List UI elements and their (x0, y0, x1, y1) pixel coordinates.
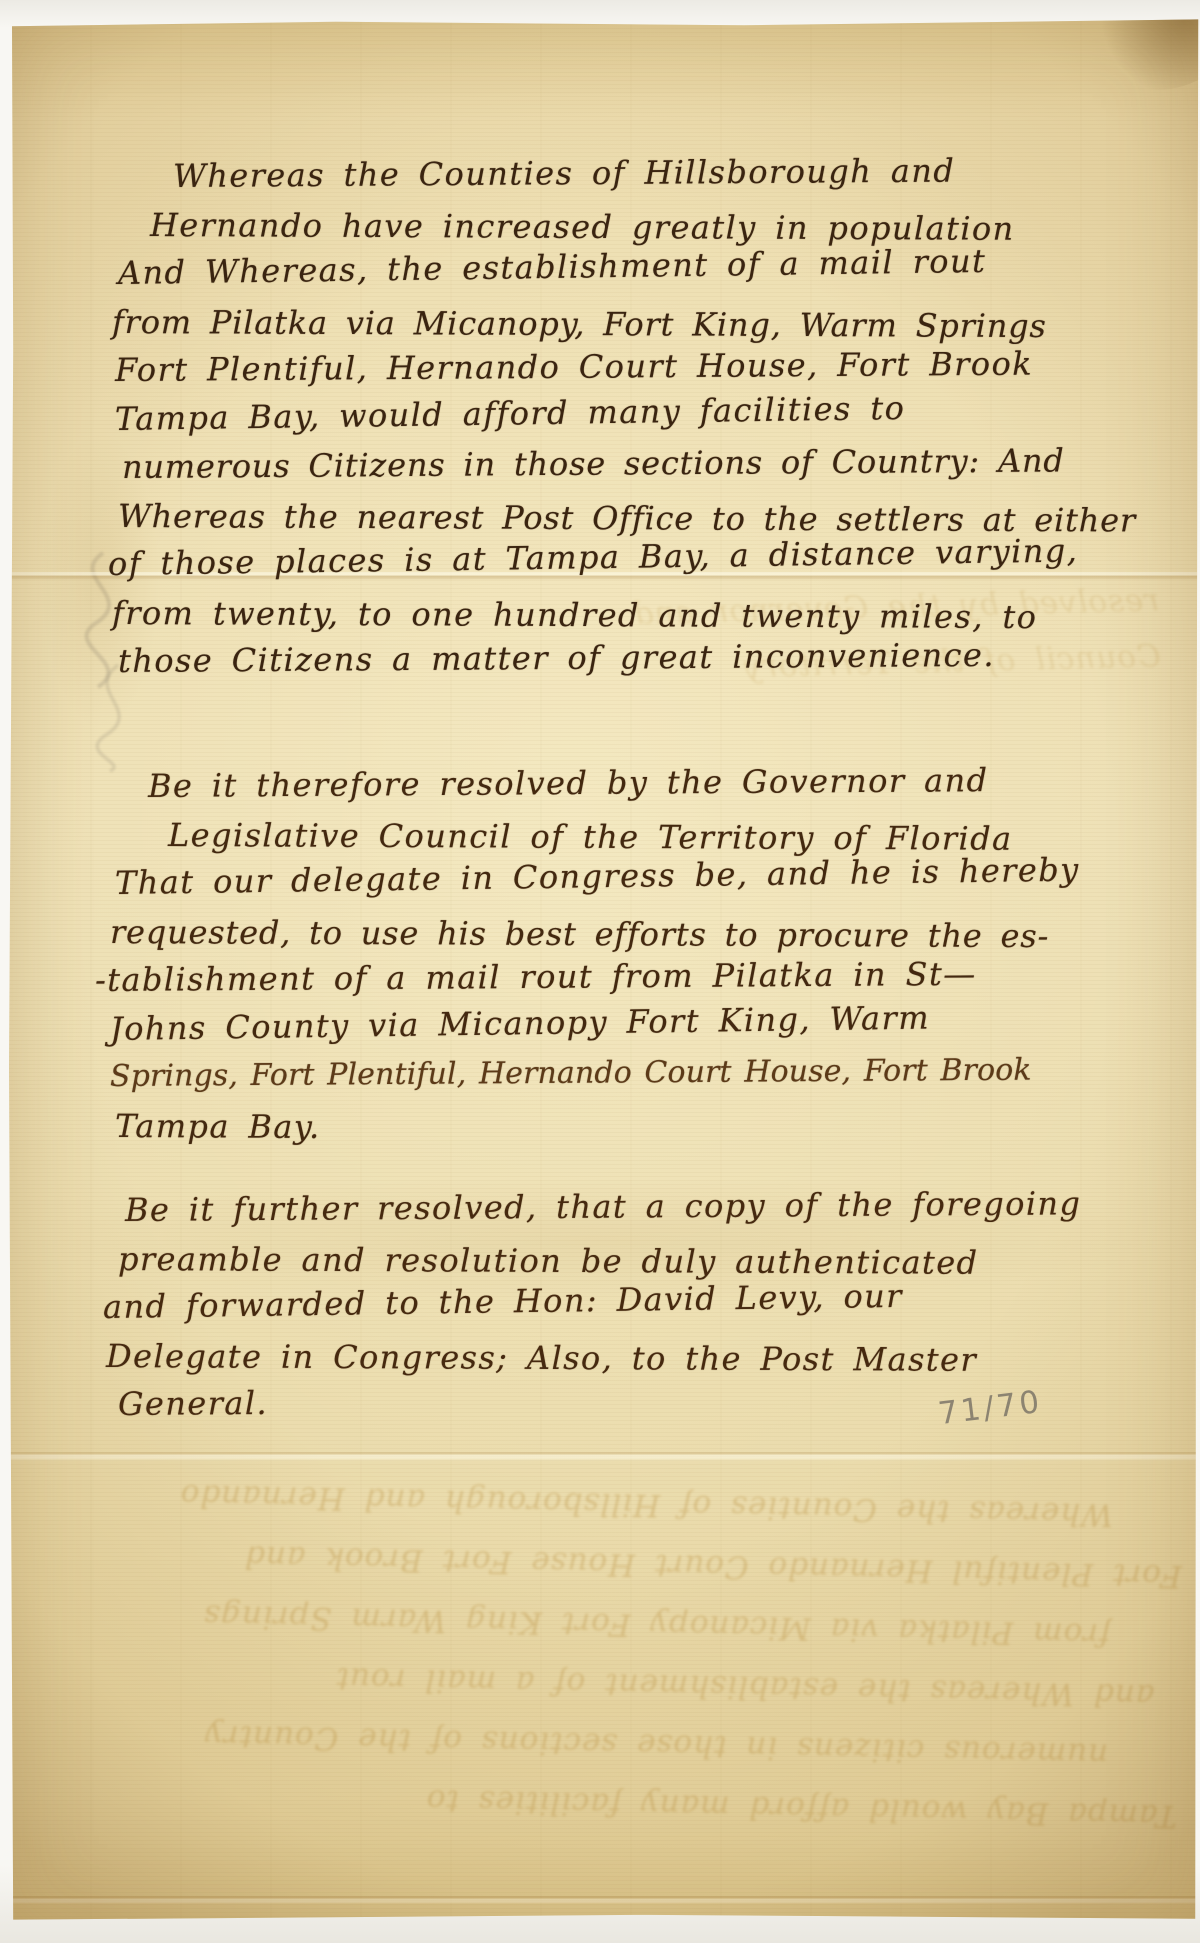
manuscript-line: Springs, Fort Plentiful, Hernando Court … (110, 1046, 1080, 1101)
manuscript-line: those Citizens a matter of great inconve… (118, 630, 1136, 686)
manuscript-line: Be it further resolved, that a copy of t… (125, 1179, 1082, 1234)
manuscript-line: numerous Citizens in those sections of C… (122, 436, 1136, 492)
preamble-paragraph: Whereas the Counties of Hillsborough and… (95, 152, 1136, 686)
first-resolution-paragraph: Be it therefore resolved by the Governor… (95, 762, 1080, 1150)
manuscript-line: Tampa Bay. (115, 1102, 1080, 1155)
manuscript-line: Be it therefore resolved by the Governor… (148, 755, 1080, 810)
manuscript-page: Tampa Bay would afford many facilities t… (0, 0, 1200, 1943)
second-resolution-paragraph: Be it further resolved, that a copy of t… (95, 1186, 1081, 1429)
manuscript-line: Whereas the Counties of Hillsborough and (173, 145, 1136, 200)
